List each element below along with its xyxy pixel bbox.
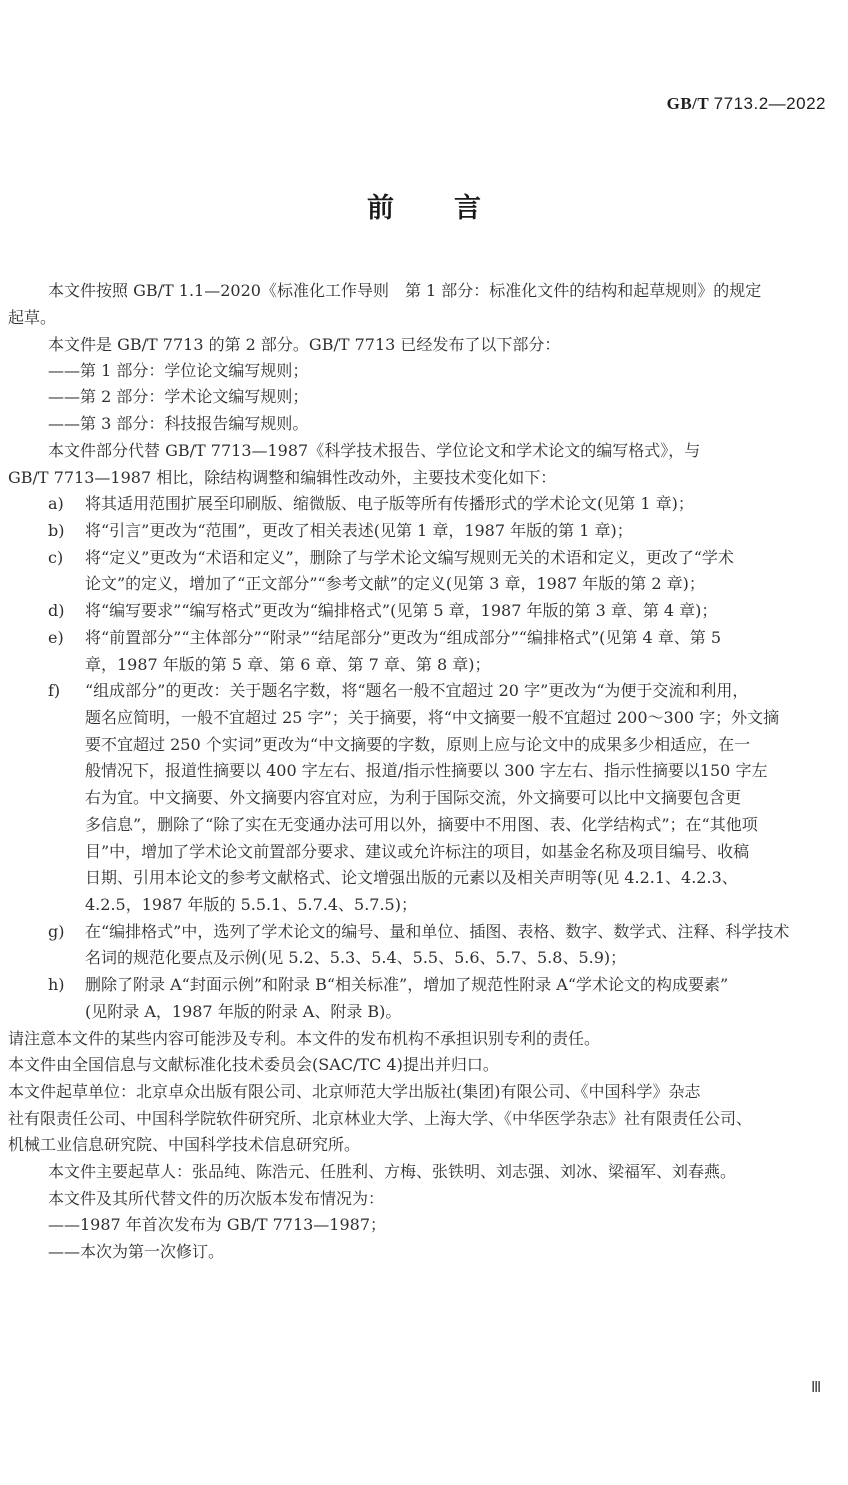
change-item-line: 在“编排格式”中，选列了学术论文的编号、量和单位、插图、表格、数字、数学式、注释…: [85, 922, 789, 942]
drafting-units-line: 本文件起草单位：北京卓众出版有限公司、北京师范大学出版社(集团)有限公司、《中国…: [8, 1082, 701, 1102]
drafters-statement: 本文件主要起草人：张品纯、陈浩元、任胜利、方梅、张铁明、刘志强、刘冰、梁福军、刘…: [48, 1162, 736, 1182]
history-item: ——1987 年首次发布为 GB/T 7713—1987；: [48, 1215, 386, 1235]
change-item-line: 将其适用范围扩展至印刷版、缩微版、电子版等所有传播形式的学术论文(见第 1 章)…: [85, 494, 694, 514]
change-item-line: 日期、引用本论文的参考文献格式、论文增强出版的元素以及相关声明等(见 4.2.1…: [85, 868, 738, 888]
paragraph-line: GB/T 7713—1987 相比，除结构调整和编辑性改动外，主要技术变化如下：: [8, 468, 556, 488]
page-title: 前言: [0, 186, 848, 225]
list-marker: c): [48, 548, 63, 568]
list-marker: a): [48, 494, 64, 514]
change-item-line: 般情况下，报道性摘要以 400 字左右、报道/指示性摘要以 300 字左右、指示…: [85, 761, 767, 781]
change-item-line: 名词的规范化要点及示例(见 5.2、5.3、5.4、5.5、5.6、5.7、5.…: [85, 948, 626, 968]
change-item-line: 右为宜。中文摘要、外文摘要内容宜对应，为利于国际交流，外文摘要可以比中文摘要包含…: [85, 788, 741, 808]
part-list-item: ——第 2 部分：学术论文编写规则；: [48, 387, 308, 407]
change-item-line: 章，1987 年版的第 5 章、第 6 章、第 7 章、第 8 章)；: [85, 655, 490, 675]
list-marker: b): [48, 521, 64, 541]
change-item-line: (见附录 A，1987 年版的附录 A、附录 B)。: [85, 1002, 401, 1022]
list-marker: g): [48, 922, 64, 942]
part-list-item: ——第 3 部分：科技报告编写规则。: [48, 414, 308, 434]
paragraph-line: 本文件是 GB/T 7713 的第 2 部分。GB/T 7713 已经发布了以下…: [48, 335, 560, 355]
change-item-line: 题名应简明，一般不宜超过 25 字”；关于摘要，将“中文摘要一般不宜超过 200…: [85, 708, 779, 728]
paragraph-line: 本文件部分代替 GB/T 7713—1987《科学技术报告、学位论文和学术论文的…: [48, 441, 700, 461]
change-item-line: 将“引言”更改为“范围”，更改了相关表述(见第 1 章，1987 年版的第 1 …: [85, 521, 633, 541]
history-item: ——本次为第一次修订。: [48, 1242, 224, 1262]
standard-number: GB/T 7713.2—2022: [667, 94, 826, 114]
change-item-line: 目”中，增加了学术论文前置部分要求、建议或允许标注的项目，如基金名称及项目编号、…: [85, 842, 749, 862]
list-marker: h): [48, 975, 65, 995]
standard-code: 7713.2—2022: [714, 94, 826, 113]
drafting-units-line: 机械工业信息研究院、中国科学技术信息研究所。: [8, 1135, 360, 1155]
part-list-item: ——第 1 部分：学位论文编写规则；: [48, 361, 308, 381]
change-item-line: 多信息”，删除了“除了实在无变通办法可用以外，摘要中不用图、表、化学结构式”；在…: [85, 815, 758, 835]
change-item-line: 将“前置部分”“主体部分”“附录”“结尾部分”更改为“组成部分”“编排格式”(见…: [85, 628, 721, 648]
change-item-line: 4.2.5，1987 年版的 5.5.1、5.7.4、5.7.5)；: [85, 895, 417, 915]
change-item-line: 要不宜超过 250 个实词”更改为“中文摘要的字数，原则上应与论文中的成果多少相…: [85, 735, 750, 755]
paragraph-line: 起草。: [8, 308, 56, 328]
standard-prefix: GB/T: [667, 94, 709, 113]
change-item-line: “组成部分”的更改：关于题名字数，将“题名一般不宜超过 20 字”更改为“为便于…: [85, 681, 748, 701]
proposer-statement: 本文件由全国信息与文献标准化技术委员会(SAC/TC 4)提出并归口。: [8, 1055, 499, 1075]
change-item-line: 论文”的定义，增加了“正文部分”“参考文献”的定义(见第 3 章，1987 年版…: [85, 574, 705, 594]
change-item-line: 将“定义”更改为“术语和定义”，删除了与学术论文编写规则无关的术语和定义，更改了…: [85, 548, 734, 568]
list-marker: f): [48, 681, 60, 701]
change-item-line: 删除了附录 A“封面示例”和附录 B“相关标准”，增加了规范性附录 A“学术论文…: [85, 975, 728, 995]
patent-notice: 请注意本文件的某些内容可能涉及专利。本文件的发布机构不承担识别专利的责任。: [8, 1029, 600, 1049]
list-marker: e): [48, 628, 64, 648]
page-number: Ⅲ: [811, 1378, 820, 1397]
paragraph-line: 本文件按照 GB/T 1.1—2020《标准化工作导则 第 1 部分：标准化文件…: [48, 281, 843, 301]
list-marker: d): [48, 601, 64, 621]
history-intro: 本文件及其所代替文件的历次版本发布情况为：: [48, 1189, 384, 1209]
change-item-line: 将“编写要求”“编写格式”更改为“编排格式”(见第 5 章，1987 年版的第 …: [85, 601, 717, 621]
drafting-units-line: 社有限责任公司、中国科学院软件研究所、北京林业大学、上海大学、《中华医学杂志》社…: [8, 1109, 752, 1129]
